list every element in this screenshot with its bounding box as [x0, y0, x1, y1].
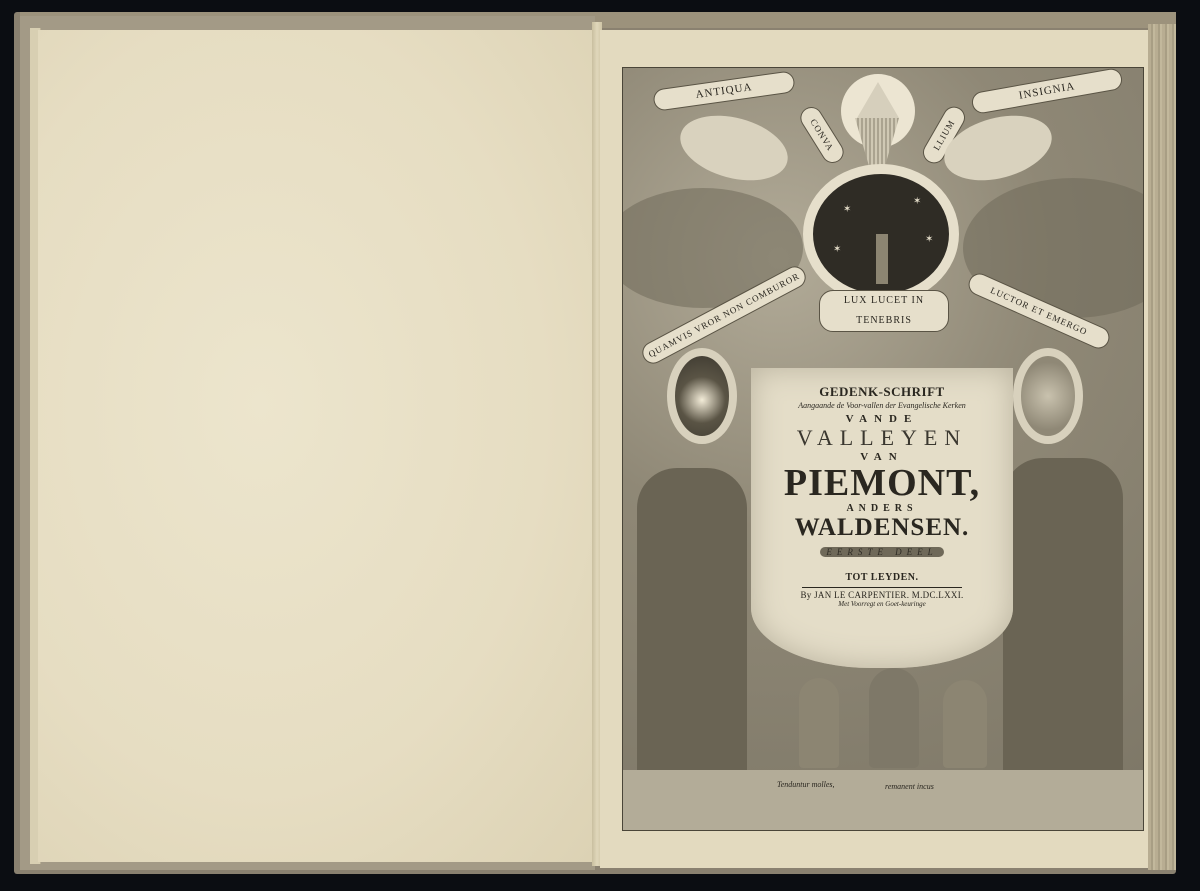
title-eerste-deel: EERSTE DEEL [820, 547, 943, 557]
page-edges [1148, 24, 1176, 870]
candlestick-medallion: ✶ ✶ ✶ ✶ [803, 164, 959, 304]
title-subtitle: Aangaande de Voor-vallen der Evangelisch… [751, 401, 1013, 410]
title-piemont: PIEMONT, [751, 463, 1013, 503]
bishop-figure [799, 678, 839, 768]
right-bearded-figure [1003, 458, 1123, 788]
trinity-triangle-icon [857, 82, 899, 118]
ribbon-lux-lucet: LUX LUCET IN TENEBRIS [819, 290, 949, 332]
star-icon: ✶ [925, 234, 933, 245]
title-text-block: GEDENK-SCHRIFT Aangaande de Voor-vallen … [751, 384, 1013, 608]
left-bearded-figure [637, 468, 747, 788]
motto-tenduntur: Tenduntur molles, [777, 780, 835, 789]
star-icon: ✶ [913, 196, 921, 207]
engraving-ground [623, 770, 1143, 830]
tree-oval [1013, 348, 1083, 444]
imprint-rule [802, 587, 962, 588]
title-vande: VANDE [751, 413, 1013, 425]
title-anders: ANDERS [751, 503, 1013, 514]
smith-figure [869, 668, 919, 768]
star-icon: ✶ [843, 204, 851, 215]
imprint-publisher: By JAN LE CARPENTIER. M.DC.LXXI. [751, 590, 1013, 600]
blank-left-page [38, 30, 594, 862]
star-icon: ✶ [833, 244, 841, 255]
burning-bush-oval [667, 348, 737, 444]
title-gedenk-schrift: GEDENK-SCHRIFT [751, 384, 1013, 400]
title-waldensen: WALDENSEN. [751, 514, 1013, 542]
engraved-frontispiece: ANTIQUA CONVA LLIUM INSIGNIA ✶ ✶ ✶ ✶ LUX… [622, 67, 1144, 831]
imprint-place: TOT LEYDEN. [751, 572, 1013, 583]
imprint-privilege: Met Voorregt en Goet-keuringe [751, 600, 1013, 608]
kneeling-figure [943, 680, 987, 768]
motto-remanent: remanent incus [885, 782, 934, 791]
title-valleyen: VALLEYEN [751, 425, 1013, 451]
candlestick-icon [876, 234, 888, 284]
